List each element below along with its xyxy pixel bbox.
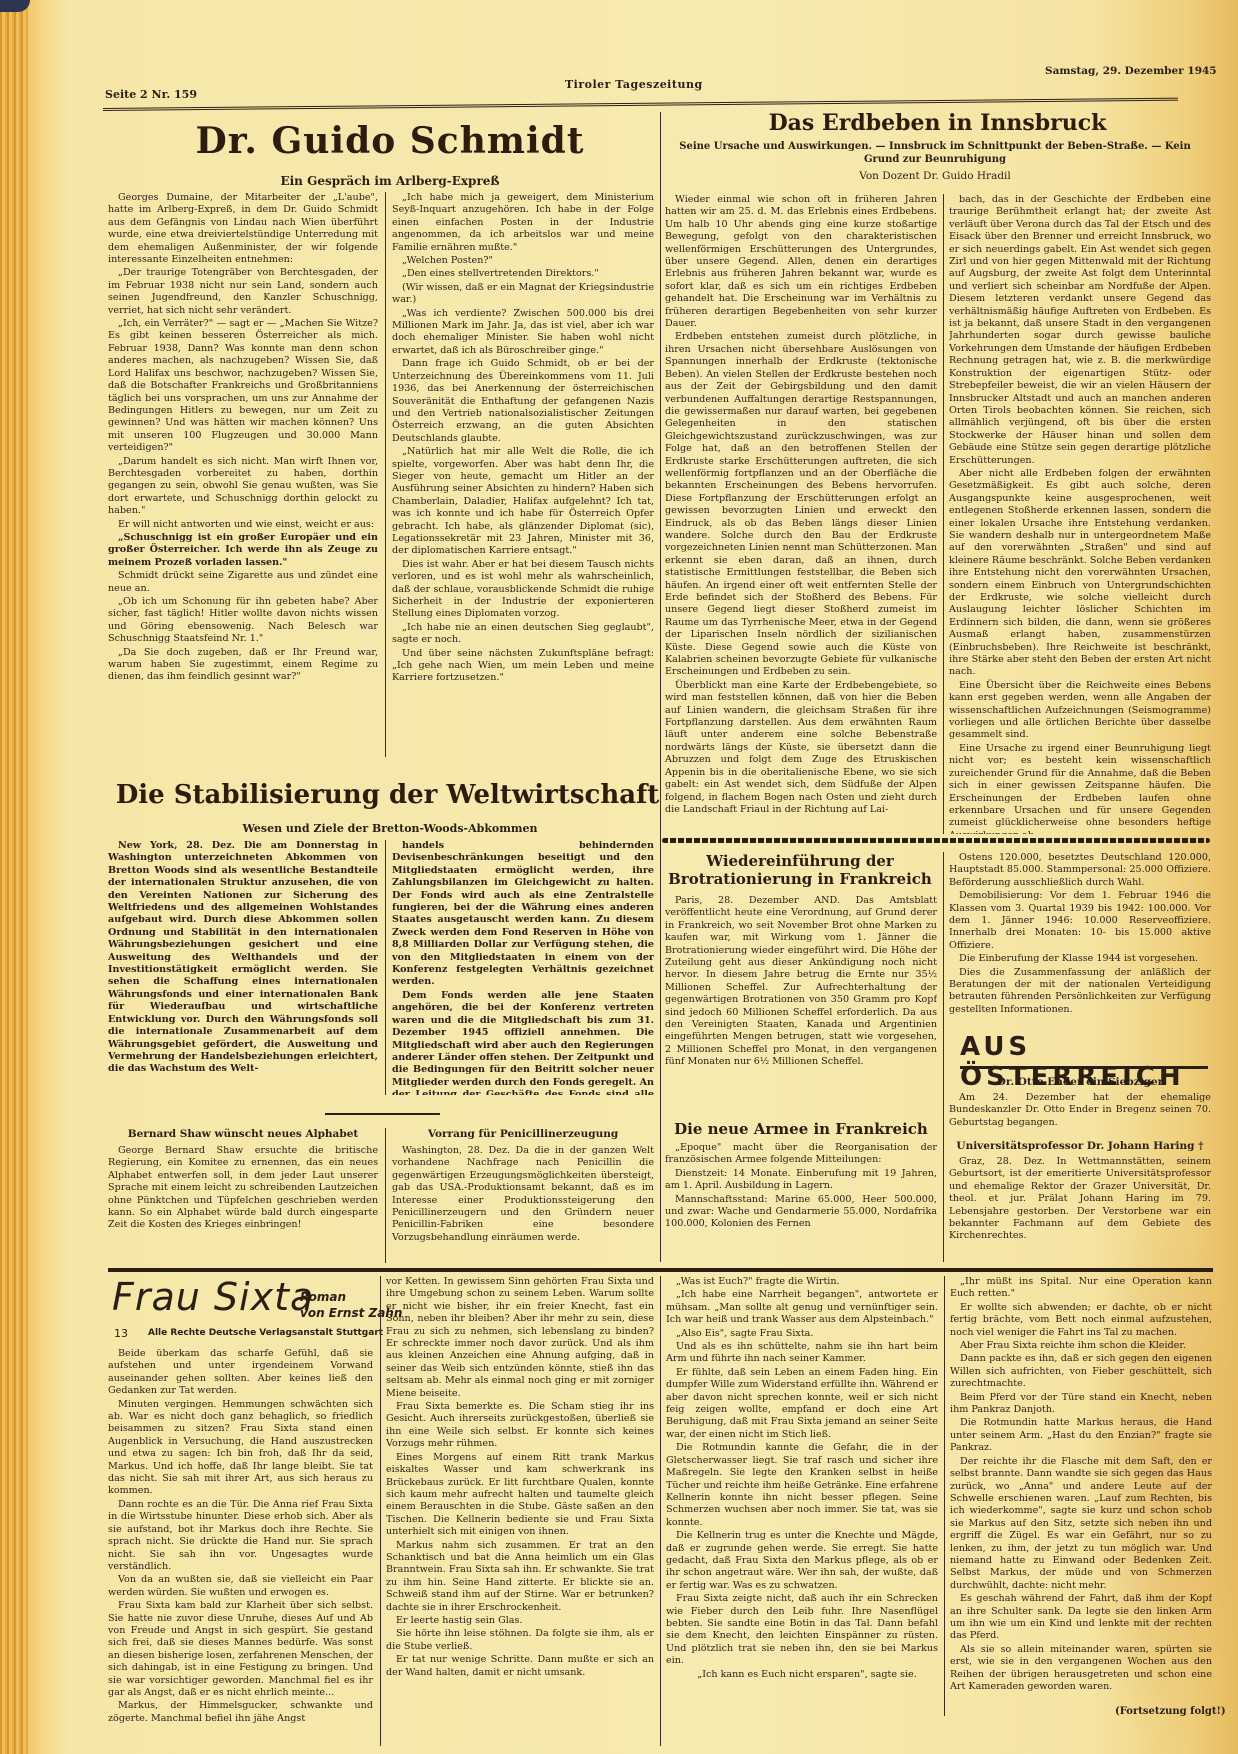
armee-column-1: „Epoque" macht über die Reorganisation d… — [665, 1142, 937, 1262]
serial-title: Frau Sixta — [112, 1275, 314, 1319]
newspaper-name: Tiroler Tageszeitung — [565, 78, 703, 91]
column-divider — [385, 840, 386, 1095]
brot-headline: Wiedereinführung der Brotrationierung in… — [665, 852, 935, 888]
continued-note: (Fortsetzung folgt!) — [1115, 1706, 1226, 1717]
column-divider — [380, 1276, 381, 1746]
shaw-body: George Bernard Shaw ersuchte die britisc… — [108, 1145, 378, 1265]
erdbeben-column-1: Wieder einmal wie schon oft in früheren … — [665, 194, 937, 834]
serial-column-3: „Was ist Euch?" fragte die Wirtin. „Ich … — [666, 1276, 938, 1746]
schmidt-column-1: Georges Dumaine, der Mitarbeiter der „L'… — [108, 192, 378, 757]
serial-divider — [108, 1268, 1213, 1272]
newspaper-page: Seite 2 Nr. 159 Tiroler Tageszeitung Sam… — [0, 0, 1238, 1754]
column-divider — [944, 1276, 945, 1716]
weltwirtschaft-column-2: handels behindernden Devisenbeschränkung… — [392, 840, 654, 1095]
schmidt-subtitle: Ein Gespräch im Arlberg-Expreß — [120, 174, 660, 188]
haring-body: Graz, 28. Dez. In Wettmannstätten, seine… — [949, 1156, 1211, 1256]
short-divider — [325, 1113, 440, 1115]
schmidt-headline: Dr. Guido Schmidt — [120, 120, 660, 162]
haring-headline: Universitätsprofessor Dr. Johann Haring … — [949, 1140, 1211, 1152]
page-number: Seite 2 Nr. 159 — [105, 88, 197, 101]
column-divider — [943, 852, 944, 1262]
brot-body: Paris, 28. Dezember AND. Das Amtsblatt v… — [665, 895, 937, 1095]
serial-genre: Roman — [300, 1290, 346, 1305]
armee-headline: Die neue Armee in Frankreich — [665, 1120, 937, 1138]
ender-body: Am 24. Dezember hat der ehemalige Bundes… — [949, 1092, 1211, 1134]
serial-column-2: vor Ketten. In gewissem Sinn gehörten Fr… — [386, 1276, 654, 1746]
ender-headline: Dr. Otto Ender ein Siebziger — [949, 1076, 1211, 1088]
erdbeben-column-2: bach, das in der Geschichte der Erdbeben… — [949, 194, 1211, 834]
penicillin-headline: Vorrang für Penicillinerzeugung — [392, 1128, 654, 1140]
erdbeben-byline: Von Dozent Dr. Guido Hradil — [670, 170, 1200, 182]
serial-rights: Alle Rechte Deutsche Verlagsanstalt Stut… — [148, 1328, 383, 1338]
weltwirtschaft-headline: Die Stabilisierung der Weltwirtschaft — [115, 780, 660, 810]
masthead-rule — [103, 98, 1178, 111]
section-rule — [662, 838, 1210, 843]
column-divider — [660, 1276, 661, 1746]
column-divider — [385, 192, 386, 757]
issue-date: Samstag, 29. Dezember 1945 — [1045, 65, 1217, 77]
weltwirtschaft-subtitle: Wesen und Ziele der Bretton-Woods-Abkomm… — [120, 822, 660, 835]
serial-installment: 13 — [114, 1327, 128, 1340]
armee-column-2: Ostens 120.000, besetztes Deutschland 12… — [949, 852, 1211, 1022]
shaw-headline: Bernard Shaw wünscht neues Alphabet — [108, 1128, 378, 1140]
serial-column-1: Beide überkam das scharfe Gefühl, daß si… — [108, 1348, 373, 1748]
penicillin-body: Washington, 28. Dez. Da die in der ganze… — [392, 1145, 654, 1265]
erdbeben-subtitle: Seine Ursache und Auswirkungen. — Innsbr… — [670, 140, 1200, 166]
column-divider — [943, 194, 944, 834]
corner-shadow — [0, 0, 30, 12]
serial-column-4: „Ihr müßt ins Spital. Nur eine Operation… — [950, 1276, 1212, 1716]
main-column-divider — [660, 112, 661, 1262]
binding-edge — [0, 0, 28, 1754]
erdbeben-headline: Das Erdbeben in Innsbruck — [665, 110, 1210, 136]
column-divider — [385, 1128, 386, 1263]
schmidt-column-2: „Ich habe mich ja geweigert, dem Ministe… — [392, 192, 654, 757]
heading-underline — [960, 1066, 1208, 1069]
weltwirtschaft-column-1: New York, 28. Dez. Die am Donnerstag in … — [108, 840, 378, 1095]
